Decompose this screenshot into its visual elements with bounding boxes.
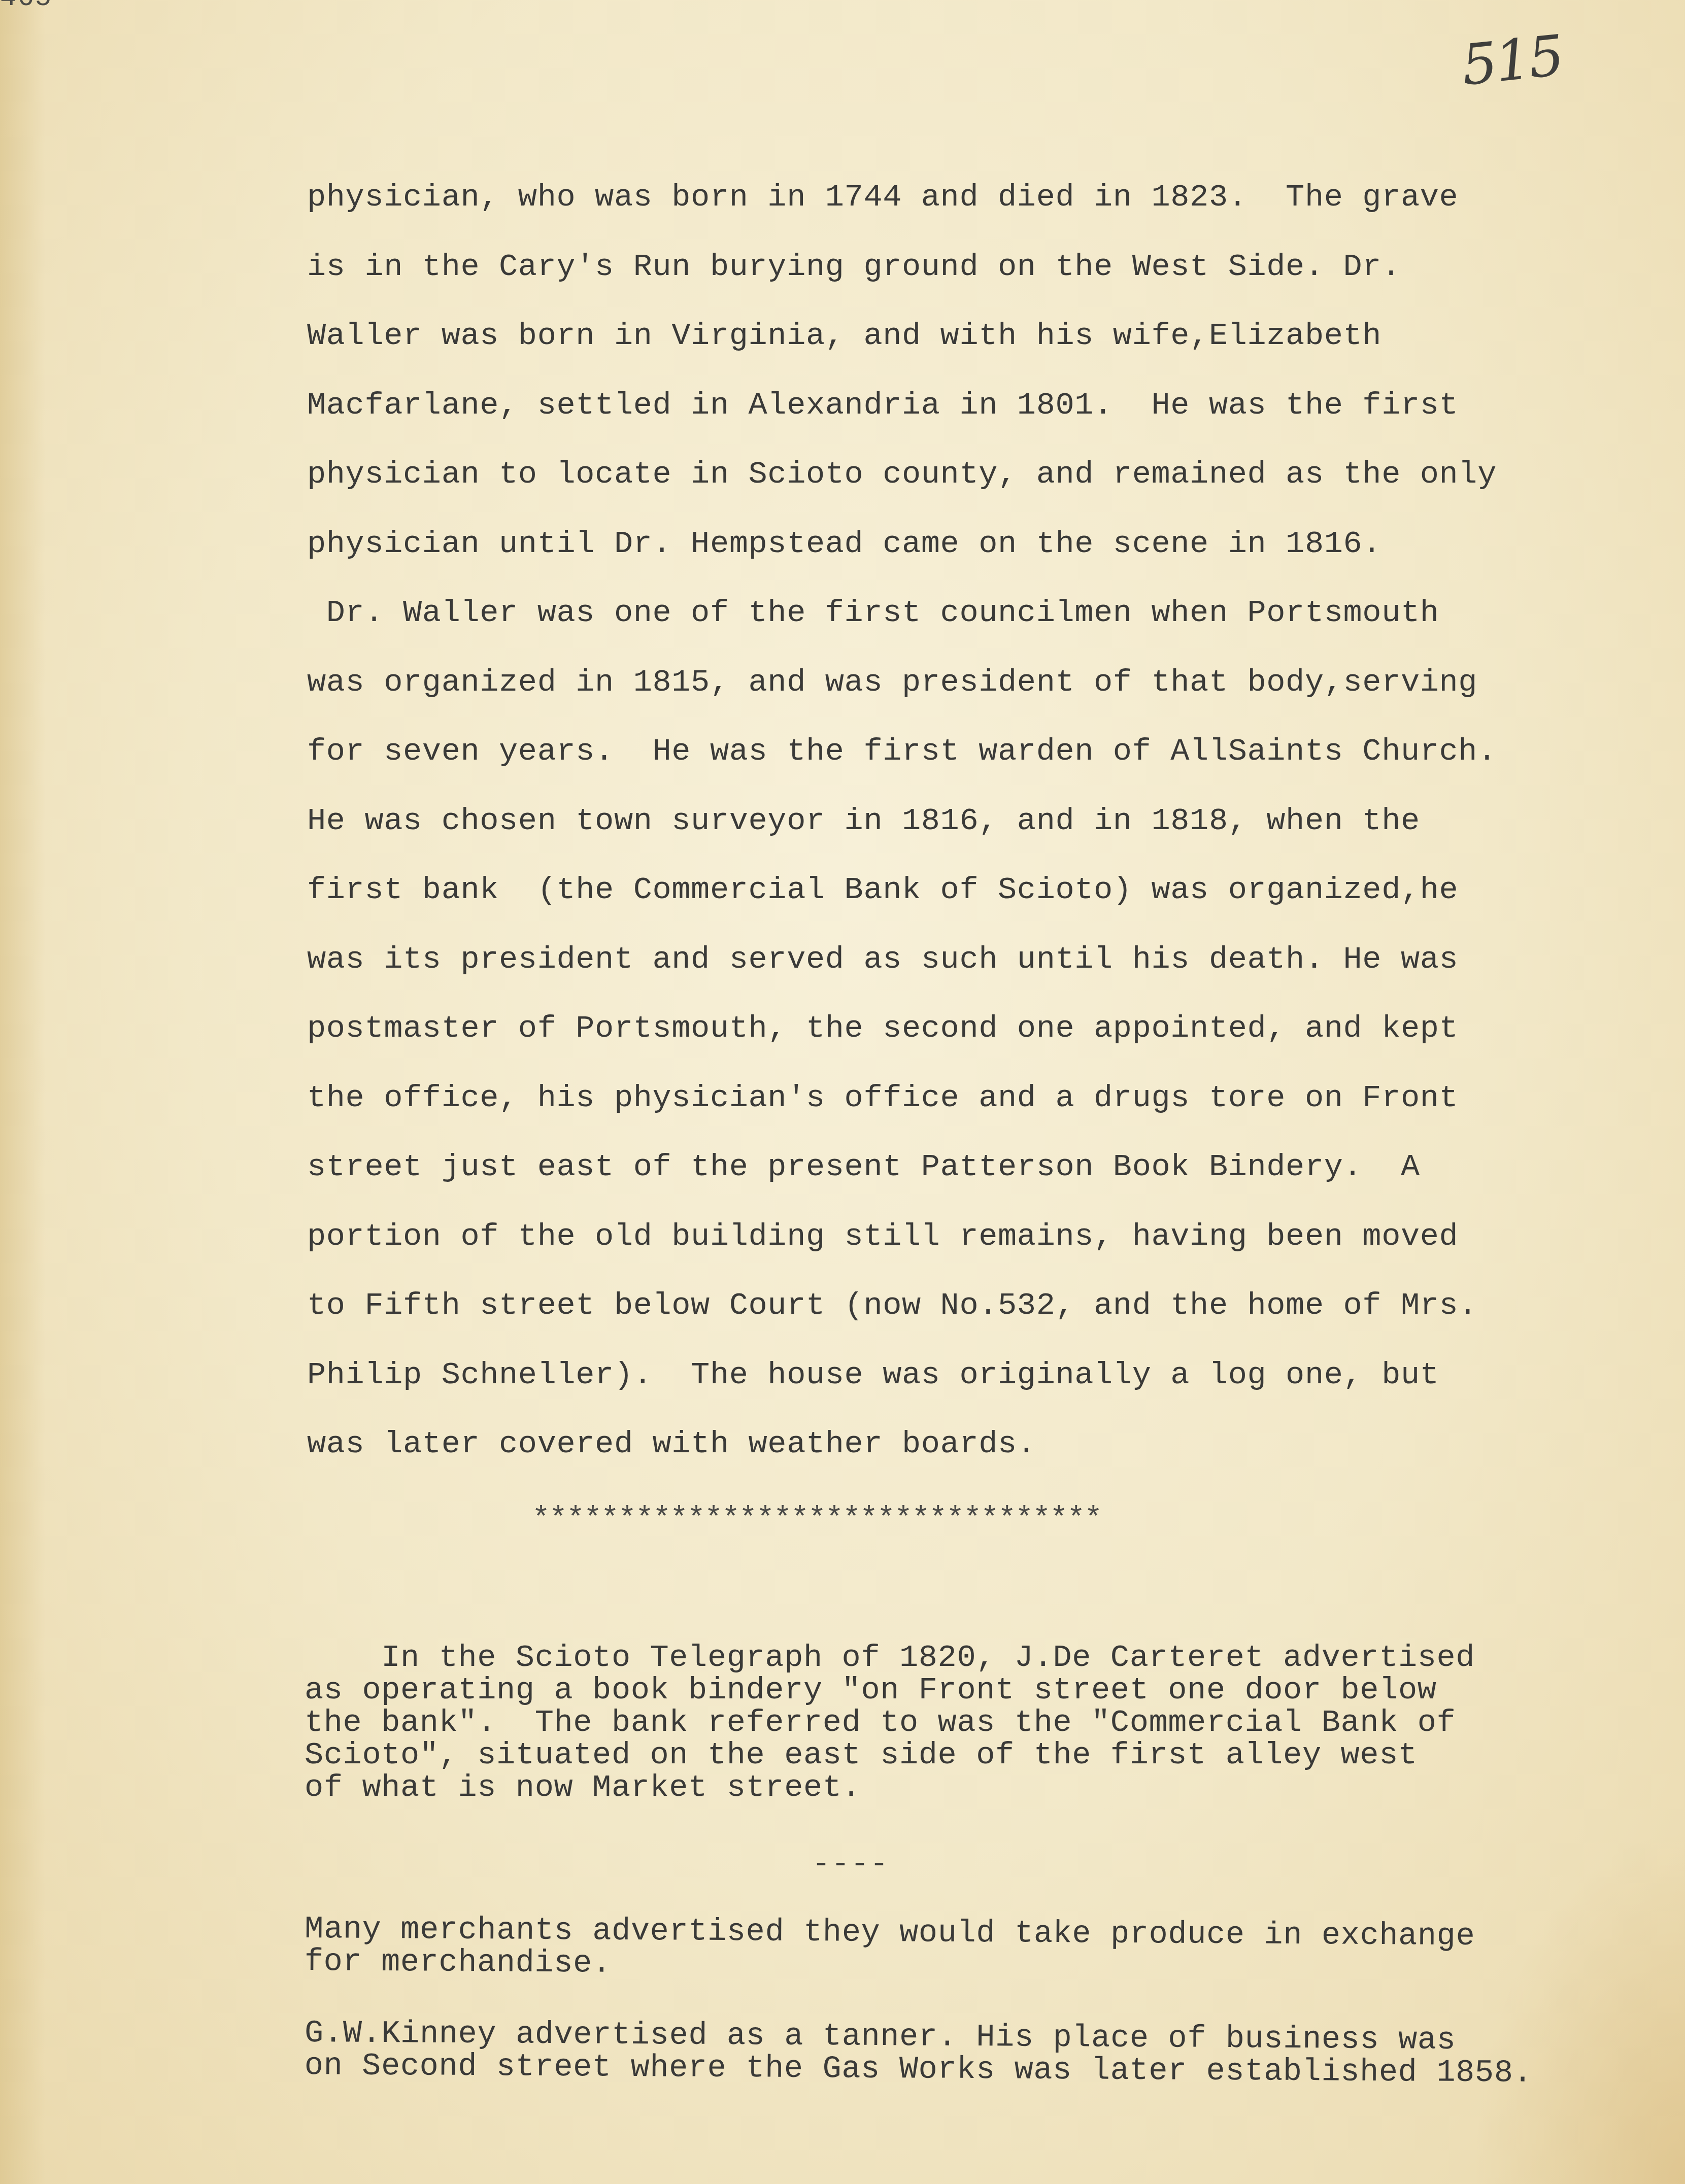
dash-separator: ---- — [812, 1847, 889, 1882]
text-line: He was chosen town surveyor in 1816, and… — [307, 805, 1627, 875]
text-line: Philip Schneller). The house was origina… — [307, 1359, 1627, 1429]
text-line: to Fifth street below Court (now No.532,… — [307, 1290, 1627, 1359]
text-line: In the Scioto Telegraph of 1820, J.De Ca… — [305, 1642, 1644, 1674]
kinney-paragraph: G.W.Kinney advertised as a tanner. His p… — [305, 2017, 1645, 2090]
text-line: was later covered with weather boards. — [307, 1428, 1627, 1498]
main-text-block: physician, who was born in 1744 and died… — [307, 182, 1627, 1498]
telegraph-paragraph: In the Scioto Telegraph of 1820, J.De Ca… — [305, 1642, 1644, 1804]
text-line: Macfarlane, settled in Alexandria in 180… — [307, 390, 1627, 459]
text-line: the bank". The bank referred to was the … — [305, 1707, 1644, 1739]
text-line: physician to locate in Scioto county, an… — [307, 459, 1627, 528]
text-line: on Second street where the Gas Works was… — [305, 2050, 1644, 2090]
text-line: street just east of the present Patterso… — [307, 1151, 1627, 1221]
text-line: was its president and served as such unt… — [307, 944, 1627, 1013]
text-line: portion of the old building still remain… — [307, 1221, 1627, 1290]
text-line: first bank (the Commercial Bank of Sciot… — [307, 874, 1627, 944]
text-line: was organized in 1815, and was president… — [307, 667, 1627, 736]
text-line: postmaster of Portsmouth, the second one… — [307, 1013, 1627, 1082]
text-line: of what is now Market street. — [305, 1771, 1644, 1804]
text-line: the office, his physician's office and a… — [307, 1082, 1627, 1152]
text-line: as operating a book bindery "on Front st… — [305, 1674, 1644, 1707]
handwritten-page-number: 515 — [1459, 23, 1565, 98]
corner-page-number: 465 — [0, 0, 52, 14]
text-line: physician until Dr. Hempstead came on th… — [307, 528, 1627, 598]
asterisk-separator: ********************************* — [532, 1502, 1101, 1537]
text-line: for seven years. He was the first warden… — [307, 736, 1627, 805]
text-line: physician, who was born in 1744 and died… — [307, 182, 1627, 251]
text-line: Waller was born in Virginia, and with hi… — [307, 320, 1627, 390]
text-line: Dr. Waller was one of the first councilm… — [307, 597, 1627, 667]
text-line: is in the Cary's Run burying ground on t… — [307, 251, 1627, 321]
text-line: Scioto", situated on the east side of th… — [305, 1739, 1644, 1771]
paper-stain — [1472, 1829, 1685, 2184]
merchants-paragraph: Many merchants advertised they would tak… — [305, 1913, 1645, 1986]
paper-edge-shadow — [0, 0, 46, 2184]
